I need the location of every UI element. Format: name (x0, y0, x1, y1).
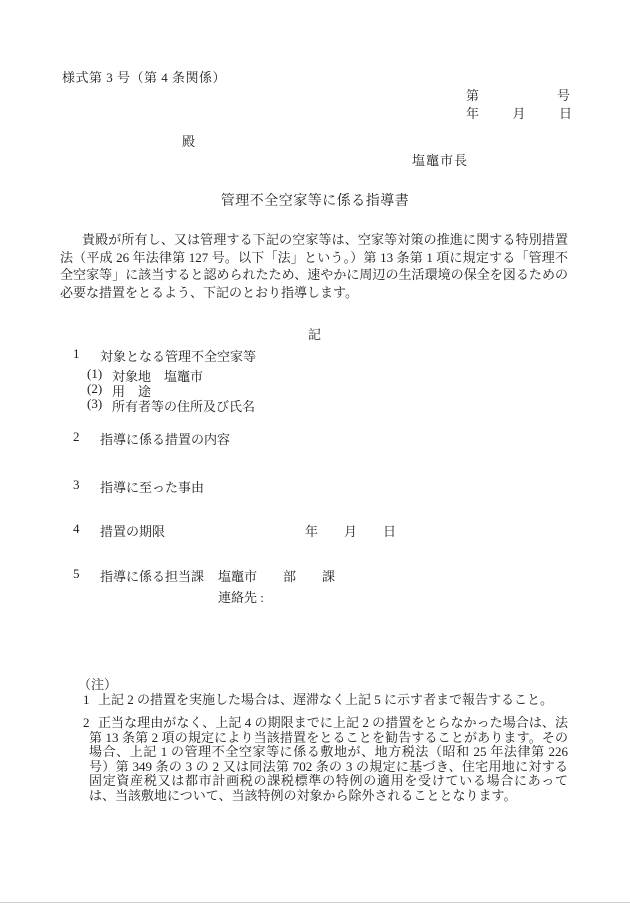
subitem-number: (1) (87, 366, 102, 382)
item-number: 4 (73, 521, 80, 537)
item-number: 2 (73, 429, 80, 445)
document-number-line: 第 号 (466, 85, 570, 104)
responsible-section-value: 塩竈市 部 課 (218, 566, 335, 585)
subitem-number: (3) (87, 396, 102, 412)
item-subject-vacant-house: 1 対象となる管理不全空家等 (60, 346, 568, 365)
note-text: 上記 2 の措置を実施した場合は、遅滞なく上記 5 に示す者まで報告すること。 (89, 693, 568, 708)
document-page: 様式第 3 号（第 4 条関係） 第 号 年 月 日 殿 塩竈市長 管理不全空家… (0, 0, 630, 903)
sender-name: 塩竈市長 (412, 150, 468, 169)
item-number: 5 (73, 566, 80, 582)
note-text: 正当な理由がなく、上記 4 の期限までに上記 2 の措置をとらなかった場合は、法… (89, 716, 568, 803)
document-number-suffix: 号 (557, 85, 570, 104)
item-guidance-measures: 2 指導に係る措置の内容 (60, 429, 568, 448)
item-responsible-section: 5 指導に係る担当課 塩竈市 部 課 (60, 566, 568, 585)
item-deadline: 4 措置の期限 年 月 日 (60, 521, 568, 540)
record-marker: 記 (0, 324, 630, 343)
document-title: 管理不全空家等に係る指導書 (0, 190, 630, 210)
document-number-prefix: 第 (466, 85, 479, 104)
addressee-honorific: 殿 (182, 131, 195, 150)
item-label: 指導に至った事由 (100, 480, 204, 495)
item-label: 措置の期限 (100, 524, 165, 539)
subitem-label: 所有者等の住所及び氏名 (112, 399, 255, 414)
form-number-label: 様式第 3 号（第 4 条関係） (62, 67, 226, 86)
item-label: 対象となる管理不全空家等 (100, 349, 256, 364)
item-label: 指導に係る措置の内容 (100, 432, 230, 447)
date-month-label: 月 (512, 103, 525, 122)
note-item-report: 1 上記 2 の措置を実施した場合は、遅滞なく上記 5 に示す者まで報告すること… (60, 693, 568, 708)
note-number: 1 (83, 693, 90, 708)
contact-label: 連絡先 : (218, 587, 264, 606)
deadline-date-blanks: 年 月 日 (305, 521, 396, 540)
note-number: 2 (83, 716, 90, 731)
item-number: 1 (73, 346, 80, 362)
item-guidance-reason: 3 指導に至った事由 (60, 477, 568, 496)
body-paragraph: 貴殿が所有し、又は管理する下記の空家等は、空家等対策の推進に関する特別措置法（平… (60, 231, 568, 301)
subitem-owner-address-name: (3) 所有者等の住所及び氏名 (60, 396, 568, 415)
note-item-recommendation-tax: 2 正当な理由がなく、上記 4 の期限までに上記 2 の措置をとらなかった場合は… (60, 716, 568, 803)
item-number: 3 (73, 477, 80, 493)
date-day-label: 日 (559, 103, 572, 122)
date-line: 年 月 日 (466, 103, 572, 122)
notes-header: （注） (78, 674, 117, 693)
date-year-label: 年 (466, 103, 479, 122)
subitem-number: (2) (87, 381, 102, 397)
item-label: 指導に係る担当課 (100, 569, 204, 584)
